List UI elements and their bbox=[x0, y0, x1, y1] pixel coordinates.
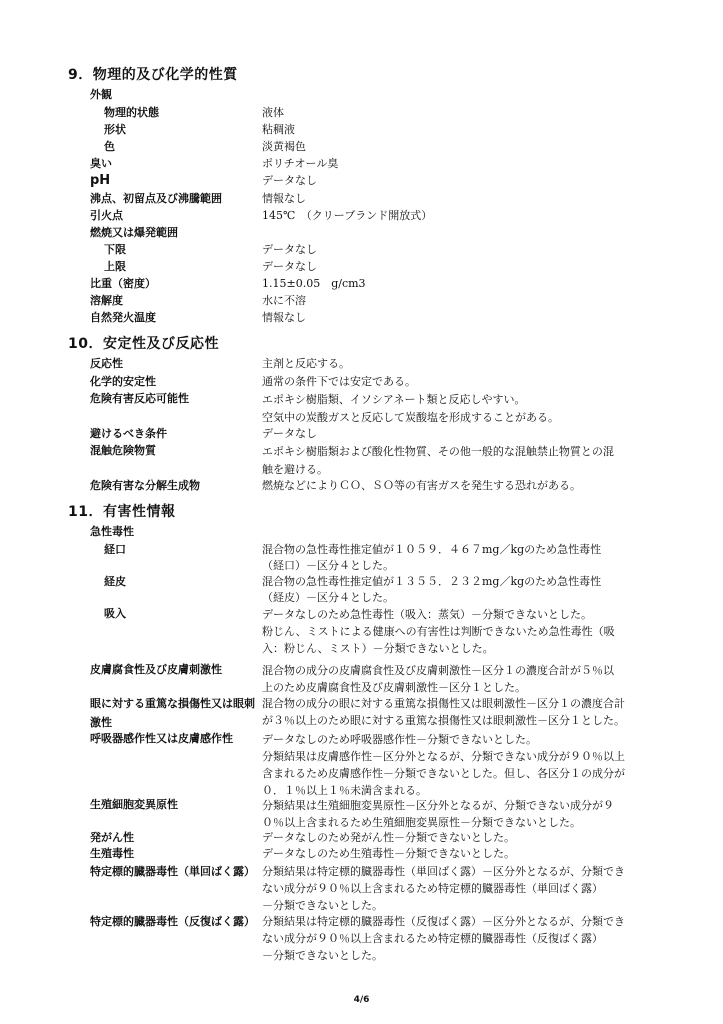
value-stot-single: 分類結果は特定標的臓器毒性（単回ばく露）－区分外となるが、分類でき ない成分が９… bbox=[262, 863, 672, 914]
value-conditions-to-avoid: データなし bbox=[262, 426, 672, 442]
label-autoignition: 自然発火温度 bbox=[90, 309, 156, 326]
value-stot-repeated: 分類結果は特定標的臓器毒性（反復ばく露）－区分外となるが、分類でき ない成分が９… bbox=[262, 913, 672, 964]
value-physical-state: 液体 bbox=[262, 105, 672, 121]
value-lower-limit: データなし bbox=[262, 242, 672, 258]
value-odor: ポリチオール臭 bbox=[262, 156, 672, 172]
label-solubility: 溶解度 bbox=[90, 292, 123, 309]
label-boiling-point: 沸点、初留点及び沸騰範囲 bbox=[90, 190, 222, 207]
label-inhalation: 吸入 bbox=[104, 605, 126, 622]
value-carcinogenicity: データなしのため発がん性－分類できないとした。 bbox=[262, 830, 672, 846]
label-specific-gravity: 比重（密度） bbox=[90, 275, 156, 292]
label-ph: pH bbox=[90, 172, 110, 189]
value-solubility: 水に不溶 bbox=[262, 293, 672, 309]
value-germ-cell-mutagenicity: 分類結果は生殖細胞変異原性－区分外となるが、分類できない成分が９ ０％以上含まれ… bbox=[262, 797, 672, 831]
page-number: 4/6 bbox=[0, 995, 723, 1005]
label-flash-point: 引火点 bbox=[90, 207, 123, 224]
value-incompatible-materials: エポキシ樹脂類および酸化性物質、その他一般的な混触禁止物質との混 触を避ける。 bbox=[262, 443, 672, 478]
value-skin-corrosion: 混合物の成分の皮膚腐食性及び皮膚刺激性－区分１の濃度合計が５％以 上のため皮膚腐… bbox=[262, 662, 672, 696]
label-stot-repeated: 特定標的臓器毒性（反復ばく露） bbox=[90, 912, 255, 931]
document-page: 9．物理的及び化学的性質 外観 物理的状態 液体 形状 粘稠液 色 淡黄褐色 臭… bbox=[0, 0, 723, 1024]
section-9-title: 9．物理的及び化学的性質 bbox=[68, 64, 238, 84]
value-shape: 粘稠液 bbox=[262, 122, 672, 138]
value-upper-limit: データなし bbox=[262, 259, 672, 275]
label-incompatible-materials: 混触危険物質 bbox=[90, 442, 156, 459]
label-chemical-stability: 化学的安定性 bbox=[90, 373, 156, 390]
label-reproductive-toxicity: 生殖毒性 bbox=[90, 845, 134, 862]
value-hazardous-reactions: エポキシ樹脂類、イソシアネート類と反応しやすい。 空気中の炭酸ガスと反応して炭酸… bbox=[262, 391, 672, 426]
value-reproductive-toxicity: データなしのため生殖毒性－分類できないとした。 bbox=[262, 846, 672, 862]
value-ph: データなし bbox=[262, 173, 672, 189]
value-decomposition-products: 燃焼などによりＣＯ、ＳＯ等の有害ガスを発生する恐れがある。 bbox=[262, 478, 672, 494]
section-11-title: 11．有害性情報 bbox=[68, 501, 175, 521]
label-oral: 経口 bbox=[104, 541, 126, 558]
value-chemical-stability: 通常の条件下では安定である。 bbox=[262, 374, 672, 390]
label-germ-cell-mutagenicity: 生殖細胞変異原性 bbox=[90, 796, 178, 813]
label-conditions-to-avoid: 避けるべき条件 bbox=[90, 425, 167, 442]
value-eye-damage: 混合物の成分の眼に対する重篤な損傷性又は眼刺激性－区分１の濃度合計 が３％以上の… bbox=[262, 695, 672, 729]
value-inhalation: データなしのため急性毒性（吸入：蒸気）－分類できないとした。 粉じん、ミストによ… bbox=[262, 606, 672, 657]
label-decomposition-products: 危険有害な分解生成物 bbox=[90, 477, 200, 494]
label-reactivity: 反応性 bbox=[90, 355, 123, 372]
label-shape: 形状 bbox=[104, 121, 126, 138]
value-sensitization: データなしのため呼吸器感作性－分類できないとした。 分類結果は皮膚感作性－区分外… bbox=[262, 731, 672, 799]
value-color: 淡黄褐色 bbox=[262, 139, 672, 155]
label-appearance: 外観 bbox=[90, 86, 112, 103]
label-carcinogenicity: 発がん性 bbox=[90, 829, 134, 846]
label-dermal: 経皮 bbox=[104, 573, 126, 590]
label-color: 色 bbox=[104, 138, 115, 155]
label-upper-limit: 上限 bbox=[104, 258, 126, 275]
label-sensitization: 呼吸器感作性又は皮膚感作性 bbox=[90, 730, 233, 747]
label-skin-corrosion: 皮膚腐食性及び皮膚刺激性 bbox=[90, 661, 222, 678]
label-eye-damage: 眼に対する重篤な損傷性又は眼刺激性 bbox=[90, 694, 255, 732]
label-odor: 臭い bbox=[90, 155, 112, 172]
value-specific-gravity: 1.15±0.05 g/cm3 bbox=[262, 276, 672, 292]
label-stot-single: 特定標的臓器毒性（単回ばく露） bbox=[90, 862, 255, 881]
value-reactivity: 主剤と反応する。 bbox=[262, 356, 672, 372]
label-acute-toxicity: 急性毒性 bbox=[90, 523, 134, 540]
label-lower-limit: 下限 bbox=[104, 241, 126, 258]
section-10-title: 10．安定性及び反応性 bbox=[68, 333, 219, 353]
value-dermal: 混合物の急性毒性推定値が１３５５．２３２mg／kgのため急性毒性 （経皮）－区分… bbox=[262, 574, 672, 605]
value-autoignition: 情報なし bbox=[262, 310, 672, 326]
label-hazardous-reactions: 危険有害反応可能性 bbox=[90, 390, 189, 407]
label-explosive-range: 燃焼又は爆発範囲 bbox=[90, 224, 178, 241]
value-boiling-point: 情報なし bbox=[262, 191, 672, 207]
value-flash-point: 145℃ （クリーブランド開放式） bbox=[262, 208, 672, 224]
label-physical-state: 物理的状態 bbox=[104, 104, 159, 121]
value-oral: 混合物の急性毒性推定値が１０５９．４６７mg／kgのため急性毒性 （経口）－区分… bbox=[262, 542, 672, 573]
